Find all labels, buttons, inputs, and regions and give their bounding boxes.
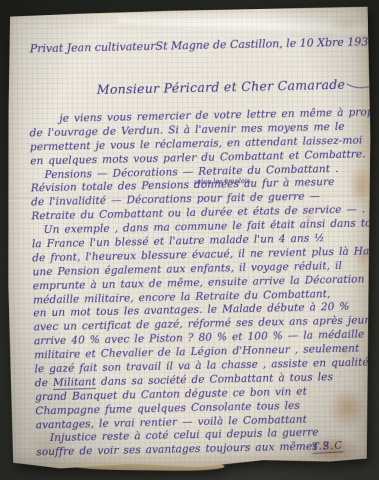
- salutation-line: Monsieur Péricard et Cher Camarade: [97, 76, 373, 97]
- handwriting-text: Militant: [53, 376, 96, 390]
- handwriting-text: de: [35, 377, 53, 389]
- letter-paper: Privat Jean cultivateur St Magne de Cast…: [6, 7, 372, 470]
- salutation-text: Monsieur Péricard et Cher Camarade: [97, 77, 346, 97]
- signature-mark: T.S.C: [312, 440, 343, 454]
- letter-content: Privat Jean cultivateur St Magne de Cast…: [6, 7, 372, 470]
- sender-name: Privat Jean cultivateur: [30, 40, 156, 56]
- place-dateline: St Magne de Castillon, le 10 Xbre 1932.: [155, 35, 372, 53]
- flourish-stroke: [345, 80, 372, 91]
- letter-body: je viens vous remercier de votre lettre …: [29, 107, 363, 461]
- letter-header: Privat Jean cultivateur St Magne de Cast…: [30, 36, 341, 56]
- photo-background: Privat Jean cultivateur St Magne de Cast…: [0, 0, 379, 480]
- paper-sheet: Privat Jean cultivateur St Magne de Cast…: [6, 7, 372, 470]
